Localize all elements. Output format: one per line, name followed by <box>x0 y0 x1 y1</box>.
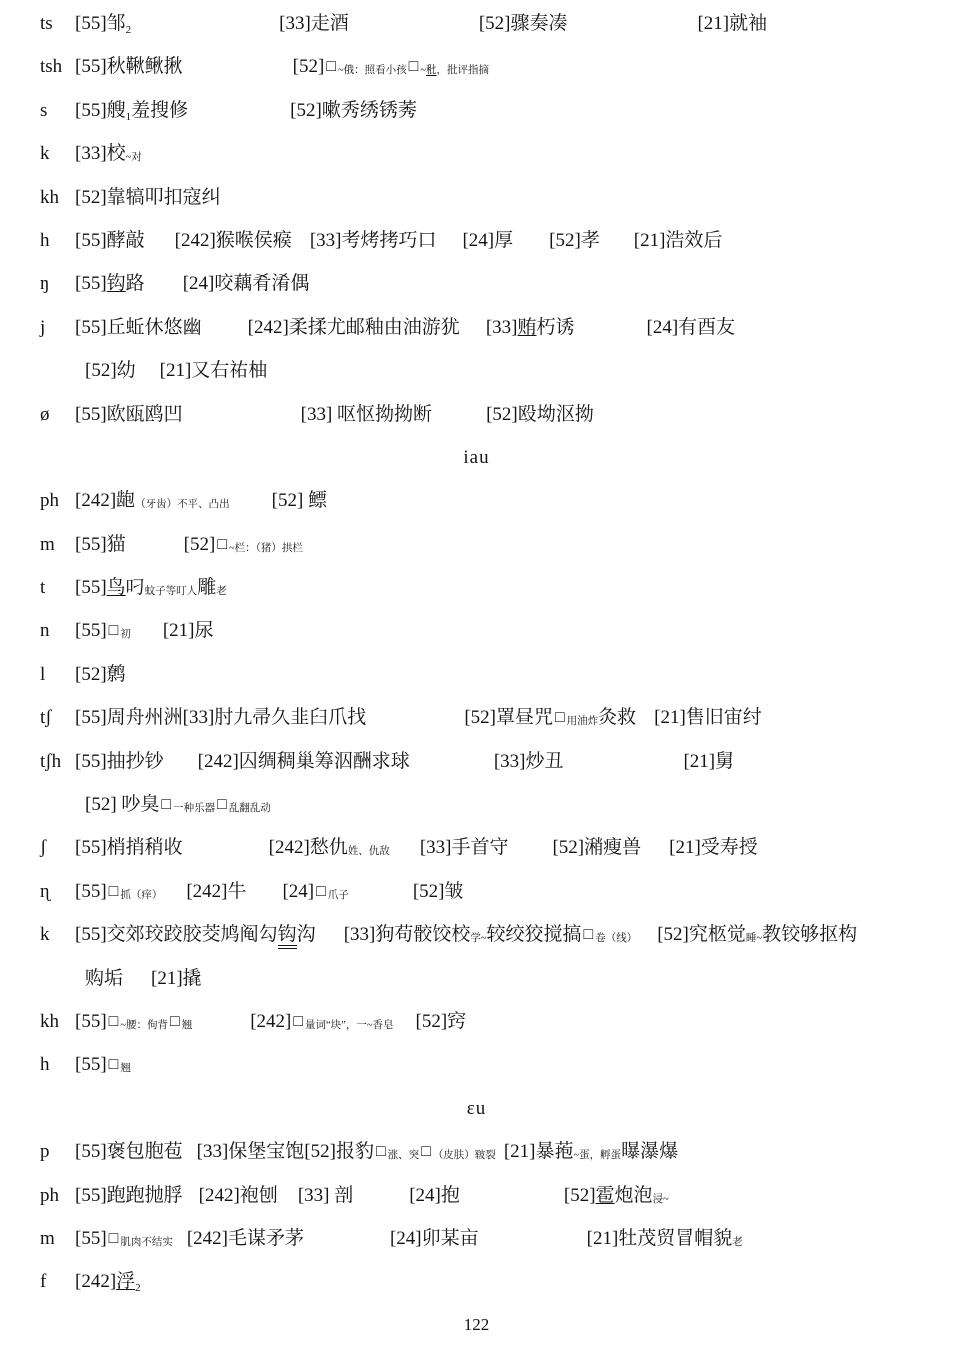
entry-text: 肌肉不结实 <box>120 1237 173 1248</box>
entry-text: [21]就袖 <box>697 13 767 34</box>
entry-text: 抓（痒） <box>120 890 162 901</box>
placeholder-box: □ <box>409 58 419 75</box>
entry-text: [52]嗽秀绣锈莠 <box>290 100 417 121</box>
final-section-header: iau <box>0 446 953 489</box>
entry-content: [55]交郊珓跤胶茭鸠阄勾钩沟[33]狗苟骹饺校学~较绞狡搅搞□卷（线）[52]… <box>75 923 857 951</box>
initial-label: ph <box>40 1184 75 1208</box>
entry-text: 沟 <box>297 924 316 945</box>
entry-text: [52]皱 <box>413 881 464 902</box>
entry-text: [24]厚 <box>462 230 513 251</box>
initial-label: f <box>40 1270 75 1294</box>
entry-line: f[242]浮2 <box>0 1270 953 1313</box>
entry-text: [242]毛谋矛茅 <box>187 1228 304 1249</box>
entry-text: [55] <box>75 1054 107 1075</box>
entry-text: [21]撬 <box>151 968 202 989</box>
entry-text: [242]愁仇 <box>269 837 348 858</box>
placeholder-box: □ <box>109 1230 119 1247</box>
entry-text: 曝瀑爆 <box>621 1141 678 1162</box>
entry-text: [24]咬藕肴淆偶 <box>183 273 310 294</box>
page-number: 122 <box>0 1315 953 1335</box>
entry-text: 鸟 <box>107 577 126 598</box>
entry-text: 一种乐器 <box>173 803 215 814</box>
initial-label: kh <box>40 1010 75 1034</box>
entry-text: [242]龅 <box>75 490 135 511</box>
placeholder-box: □ <box>376 1143 386 1160</box>
final-label: iau <box>463 446 489 470</box>
initial-label: ɳ <box>40 880 75 904</box>
entry-text: 路 <box>126 273 145 294</box>
entry-content: [55]□翘 <box>75 1053 131 1081</box>
initial-label: j <box>40 316 75 340</box>
entry-line: ŋ[55]钩路[24]咬藕肴淆偶 <box>0 272 953 315</box>
entry-text: [24]卯某亩 <box>390 1228 479 1249</box>
entry-line: ɳ[55]□抓（痒）[242]牛[24]□爪子[52]皱 <box>0 880 953 923</box>
entry-line: n[55]□初[21]尿 <box>0 619 953 662</box>
placeholder-box: □ <box>109 1056 119 1073</box>
entry-text: 浮 <box>116 1271 135 1292</box>
entry-text: 初 <box>120 629 131 640</box>
entry-text: 教铰够抠构 <box>762 924 857 945</box>
entry-content: [55]抽抄钞[242]囚绸稠巢筹泅酬求球[33]炒丑[21]舅 <box>75 750 734 774</box>
entry-text: [242]猴喉侯瘊 <box>175 230 292 251</box>
entry-text: [52] <box>564 1185 596 1206</box>
initial-label: k <box>40 142 75 166</box>
entry-text: [55]跑跑抛脬 <box>75 1185 183 1206</box>
placeholder-box: □ <box>109 1013 119 1030</box>
entry-text: [21]售旧宙纣 <box>654 707 762 728</box>
entry-text: 老 <box>216 586 227 597</box>
entry-line: ts[55]邹2[33]走酒[52]骤奏凑[21]就袖 <box>0 12 953 55</box>
entry-text: 2 <box>126 24 132 36</box>
entry-line: m[55]猫[52]□~栏：（猪）拱栏 <box>0 533 953 576</box>
entry-text: 蚊子等叮人 <box>145 586 198 597</box>
entry-content: [52]鹩 <box>75 663 126 687</box>
initial-label: h <box>40 229 75 253</box>
initial-label: h <box>40 1053 75 1077</box>
entry-line: p[55]褒包胞苞[33]保堡宝饱[52]报豹□涨、突□（皮肤）皲裂[21]暴菢… <box>0 1140 953 1183</box>
entry-text: [52] 吵臭 <box>85 794 159 815</box>
entry-text: [55]酵敲 <box>75 230 145 251</box>
entry-text: ，批评指摘 <box>437 65 490 76</box>
entry-text: [55]梢捎稍收 <box>75 837 183 858</box>
entry-text: [242]柔揉尤邮釉由油游犹 <box>248 317 460 338</box>
entry-line: ø[55]欧瓯鸥凹[33] 呕怄拗拗断[52]殴坳沤拗 <box>0 403 953 446</box>
initial-label: ph <box>40 489 75 513</box>
entry-text: 爪子 <box>328 890 349 901</box>
entry-text: [242] <box>250 1011 291 1032</box>
entry-text: 浸~ <box>653 1194 669 1205</box>
entry-line: tʃh[55]抽抄钞[242]囚绸稠巢筹泅酬求球[33]炒丑[21]舅 <box>0 750 953 793</box>
initial-label: tʃ <box>40 706 75 730</box>
entry-text: [55]欧瓯鸥凹 <box>75 404 183 425</box>
entry-text: [55] <box>75 1011 107 1032</box>
initial-label: l <box>40 663 75 687</box>
entry-line: l[52]鹩 <box>0 663 953 706</box>
entry-text: [52]鹩 <box>75 664 126 685</box>
entry-text: [52]潲瘦兽 <box>552 837 641 858</box>
entry-content: [52]靠犒叩扣寇纠 <box>75 186 221 210</box>
entry-text: 贿 <box>517 317 536 338</box>
entry-line: h[55]□翘 <box>0 1053 953 1096</box>
entry-content: [55]褒包胞苞[33]保堡宝饱[52]报豹□涨、突□（皮肤）皲裂[21]暴菢~… <box>75 1140 678 1168</box>
initial-label: s <box>40 99 75 123</box>
placeholder-box: □ <box>584 926 594 943</box>
initial-label: k <box>40 923 75 947</box>
entry-text: 2 <box>135 1282 141 1294</box>
entry-text: [24]抱 <box>409 1185 460 1206</box>
entry-text: ~对 <box>126 152 142 163</box>
entry-line: [52]幼[21]又右祐柚 <box>0 359 953 402</box>
entry-text: [55] <box>75 881 107 902</box>
entry-text: [52]幼 <box>85 360 136 381</box>
entry-content: [55]□肌肉不结实[242]毛谋矛茅[24]卯某亩[21]牡茂贸冒帽貌老 <box>75 1227 743 1255</box>
entry-content: [55]跑跑抛脬[242]袍刨[33] 剖[24]抱[52]雹炮泡浸~ <box>75 1184 669 1212</box>
entry-content: [55]秋鞦鳅揪[52]□~俄：照看小孩□~秕，批评指摘 <box>75 55 489 83</box>
initial-label: ʃ <box>40 836 75 860</box>
final-label: ɛu <box>467 1097 486 1121</box>
placeholder-box: □ <box>326 58 336 75</box>
entry-line: tsh[55]秋鞦鳅揪[52]□~俄：照看小孩□~秕，批评指摘 <box>0 55 953 98</box>
initial-label: ŋ <box>40 272 75 296</box>
entry-text: 涨、突 <box>388 1150 420 1161</box>
placeholder-box: □ <box>316 883 326 900</box>
entry-text: [33]狗苟骹饺校 <box>344 924 471 945</box>
entry-content: [242]龅（牙齿）不平、凸出[52] 鳔 <box>75 489 327 517</box>
entry-text: 购垢 <box>85 968 123 989</box>
entry-text: [52] <box>184 534 216 555</box>
entry-content: [55]丘蚯休悠幽[242]柔揉尤邮釉由油游犹[33]贿朽诱[24]有酉友 <box>75 316 735 340</box>
entry-content: [55]邹2[33]走酒[52]骤奏凑[21]就袖 <box>75 12 767 42</box>
initial-label: m <box>40 533 75 557</box>
entry-text: [33]保堡宝饱[52]报豹 <box>197 1141 374 1162</box>
entry-text: （皮肤）皲裂 <box>433 1150 496 1161</box>
entry-text: 翘 <box>120 1063 131 1074</box>
entry-text: [33]炒丑 <box>494 751 564 772</box>
entry-text: 较绞狡搅搞 <box>487 924 582 945</box>
entry-content: [52] 吵臭□一种乐器□乱翻乱动 <box>75 793 271 821</box>
entry-text: 叼 <box>126 577 145 598</box>
entry-text: [52]究柩觉 <box>657 924 746 945</box>
entry-text: [33]考烤拷巧口 <box>310 230 437 251</box>
entry-line: ʃ[55]梢捎稍收[242]愁仇姓、仇敌[33]手首守[52]潲瘦兽[21]受寿… <box>0 836 953 879</box>
entry-content: [55]酵敲[242]猴喉侯瘊[33]考烤拷巧口[24]厚[52]孝[21]浩效… <box>75 229 722 253</box>
placeholder-box: □ <box>555 709 565 726</box>
initial-label: n <box>40 619 75 643</box>
initial-label: t <box>40 576 75 600</box>
entry-line: ph[242]龅（牙齿）不平、凸出[52] 鳔 <box>0 489 953 532</box>
entry-text: 学~ <box>470 933 486 944</box>
entry-line: ph[55]跑跑抛脬[242]袍刨[33] 剖[24]抱[52]雹炮泡浸~ <box>0 1184 953 1227</box>
entry-content: [55]欧瓯鸥凹[33] 呕怄拗拗断[52]殴坳沤拗 <box>75 403 594 427</box>
entry-text: [55] <box>75 273 107 294</box>
entry-text: [52]骤奏凑 <box>479 13 568 34</box>
entry-text: 量词“块”，一~香皂 <box>305 1020 394 1031</box>
entry-line: h[55]酵敲[242]猴喉侯瘊[33]考烤拷巧口[24]厚[52]孝[21]浩… <box>0 229 953 272</box>
entry-content: [52]幼[21]又右祐柚 <box>75 359 267 383</box>
entry-text: [55]交郊珓跤胶茭鸠阄勾 <box>75 924 278 945</box>
entry-text: [33] 呕怄拗拗断 <box>301 404 432 425</box>
entry-text: 用油炸 <box>567 716 599 727</box>
placeholder-box: □ <box>170 1013 180 1030</box>
entry-text: ~俄：照看小孩 <box>338 65 407 76</box>
entry-text: [21]舅 <box>683 751 734 772</box>
final-section-header: ɛu <box>0 1097 953 1140</box>
entry-text: [55]邹 <box>75 13 126 34</box>
entry-text: 朽诱 <box>536 317 574 338</box>
entry-line: kh[52]靠犒叩扣寇纠 <box>0 186 953 229</box>
entry-line: m[55]□肌肉不结实[242]毛谋矛茅[24]卯某亩[21]牡茂贸冒帽貌老 <box>0 1227 953 1270</box>
entry-content: [55]鸟叼蚊子等叮人雕老 <box>75 576 227 604</box>
entry-text: [242]袍刨 <box>199 1185 278 1206</box>
entry-text: 灸救 <box>598 707 636 728</box>
entry-text: [55]丘蚯休悠幽 <box>75 317 202 338</box>
entry-text: [55]猫 <box>75 534 126 555</box>
entry-text: [33]校 <box>75 143 126 164</box>
entry-content: [55]猫[52]□~栏：（猪）拱栏 <box>75 533 303 561</box>
entry-text: [33]走酒 <box>279 13 349 34</box>
entry-line: s[55]艘1羞搜修[52]嗽秀绣锈莠 <box>0 99 953 142</box>
entry-text: [52] 鳔 <box>272 490 327 511</box>
entry-text: [55]艘 <box>75 100 126 121</box>
entry-text: [242]牛 <box>186 881 246 902</box>
entry-text: [55]抽抄钞 <box>75 751 164 772</box>
entry-text: [21]牡茂贸冒帽貌 <box>587 1228 733 1249</box>
entry-text: [55] <box>75 577 107 598</box>
entry-text: [33] <box>486 317 518 338</box>
entry-text: ~栏：（猪）拱栏 <box>229 543 303 554</box>
initial-label: ts <box>40 12 75 36</box>
placeholder-box: □ <box>109 622 119 639</box>
entry-text: [242]囚绸稠巢筹泅酬求球 <box>198 751 410 772</box>
entry-text: [24] <box>282 881 314 902</box>
entry-text: 雕 <box>197 577 216 598</box>
entry-content: [55]钩路[24]咬藕肴淆偶 <box>75 272 309 296</box>
entry-text: 炮泡 <box>615 1185 653 1206</box>
entry-text: [55]秋鞦鳅揪 <box>75 56 183 77</box>
entry-text: 钩 <box>107 273 126 294</box>
entry-text: [242] <box>75 1271 116 1292</box>
document-page: ts[55]邹2[33]走酒[52]骤奏凑[21]就袖tsh[55]秋鞦鳅揪[5… <box>0 0 953 1360</box>
entry-text: ~腰：佝背 <box>120 1020 168 1031</box>
entry-text: [52]靠犒叩扣寇纠 <box>75 187 221 208</box>
entry-text: （牙齿）不平、凸出 <box>135 499 230 510</box>
entry-text: [52]罩昼咒 <box>464 707 553 728</box>
placeholder-box: □ <box>161 796 171 813</box>
entry-text: 钩 <box>278 924 297 949</box>
placeholder-box: □ <box>217 536 227 553</box>
entry-text: [52]殴坳沤拗 <box>486 404 594 425</box>
entry-text: [52] <box>293 56 325 77</box>
initial-label: tsh <box>40 55 75 79</box>
entry-text: 乱翻乱动 <box>229 803 271 814</box>
entry-line: 购垢[21]撬 <box>0 967 953 1010</box>
initial-label: tʃh <box>40 750 75 774</box>
entry-text: [21]暴菢 <box>504 1141 574 1162</box>
entry-text: [55] <box>75 1228 107 1249</box>
entry-lines: ts[55]邹2[33]走酒[52]骤奏凑[21]就袖tsh[55]秋鞦鳅揪[5… <box>0 12 953 1314</box>
placeholder-box: □ <box>293 1013 303 1030</box>
entry-text: [21]尿 <box>163 620 214 641</box>
entry-text: [21]浩效后 <box>634 230 723 251</box>
entry-line: tʃ[55]周舟州洲[33]肘九帚久韭臼爪找[52]罩昼咒□用油炸灸救[21]售… <box>0 706 953 749</box>
initial-label: kh <box>40 186 75 210</box>
placeholder-box: □ <box>421 1143 431 1160</box>
entry-text: [52]孝 <box>549 230 600 251</box>
entry-content: [55]周舟州洲[33]肘九帚久韭臼爪找[52]罩昼咒□用油炸灸救[21]售旧宙… <box>75 706 762 734</box>
entry-text: ~蛋，孵蛋 <box>573 1150 621 1161</box>
entry-text: [55] <box>75 620 107 641</box>
entry-content: [55]□抓（痒）[242]牛[24]□爪子[52]皱 <box>75 880 463 908</box>
entry-text: 翘 <box>182 1020 193 1031</box>
entry-text: 雹 <box>596 1185 615 1206</box>
entry-text: 老 <box>732 1237 743 1248</box>
entry-content: [33]校~对 <box>75 142 142 170</box>
initial-label: p <box>40 1140 75 1164</box>
entry-content: [55]艘1羞搜修[52]嗽秀绣锈莠 <box>75 99 417 129</box>
entry-content: 购垢[21]撬 <box>75 967 202 991</box>
entry-text: 秕 <box>426 65 437 76</box>
entry-text: [55]褒包胞苞 <box>75 1141 183 1162</box>
entry-text: [52]窍 <box>416 1011 467 1032</box>
entry-content: [242]浮2 <box>75 1270 141 1300</box>
entry-text: 姓、仇敌 <box>348 846 390 857</box>
initial-label: m <box>40 1227 75 1251</box>
placeholder-box: □ <box>109 883 119 900</box>
entry-text: [33]手首守 <box>420 837 509 858</box>
entry-content: [55]梢捎稍收[242]愁仇姓、仇敌[33]手首守[52]潲瘦兽[21]受寿授 <box>75 836 758 864</box>
entry-line: kh[55]□~腰：佝背□翘[242]□量词“块”，一~香皂[52]窍 <box>0 1010 953 1053</box>
entry-content: [55]□~腰：佝背□翘[242]□量词“块”，一~香皂[52]窍 <box>75 1010 466 1038</box>
entry-text: 卷（线） <box>595 933 637 944</box>
entry-line: k[33]校~对 <box>0 142 953 185</box>
entry-line: k[55]交郊珓跤胶茭鸠阄勾钩沟[33]狗苟骹饺校学~较绞狡搅搞□卷（线）[52… <box>0 923 953 966</box>
entry-text: [24]有酉友 <box>647 317 736 338</box>
placeholder-box: □ <box>217 796 227 813</box>
entry-line: j[55]丘蚯休悠幽[242]柔揉尤邮釉由油游犹[33]贿朽诱[24]有酉友 <box>0 316 953 359</box>
entry-text: 羞搜修 <box>131 100 188 121</box>
initial-label: ø <box>40 403 75 427</box>
entry-line: [52] 吵臭□一种乐器□乱翻乱动 <box>0 793 953 836</box>
entry-line: t[55]鸟叼蚊子等叮人雕老 <box>0 576 953 619</box>
entry-text: [21]受寿授 <box>669 837 758 858</box>
entry-text: 睡~ <box>746 933 762 944</box>
entry-text: [21]又右祐柚 <box>160 360 268 381</box>
entry-content: [55]□初[21]尿 <box>75 619 213 647</box>
entry-text: [33] 剖 <box>298 1185 353 1206</box>
entry-text: [55]周舟州洲[33]肘九帚久韭臼爪找 <box>75 707 366 728</box>
